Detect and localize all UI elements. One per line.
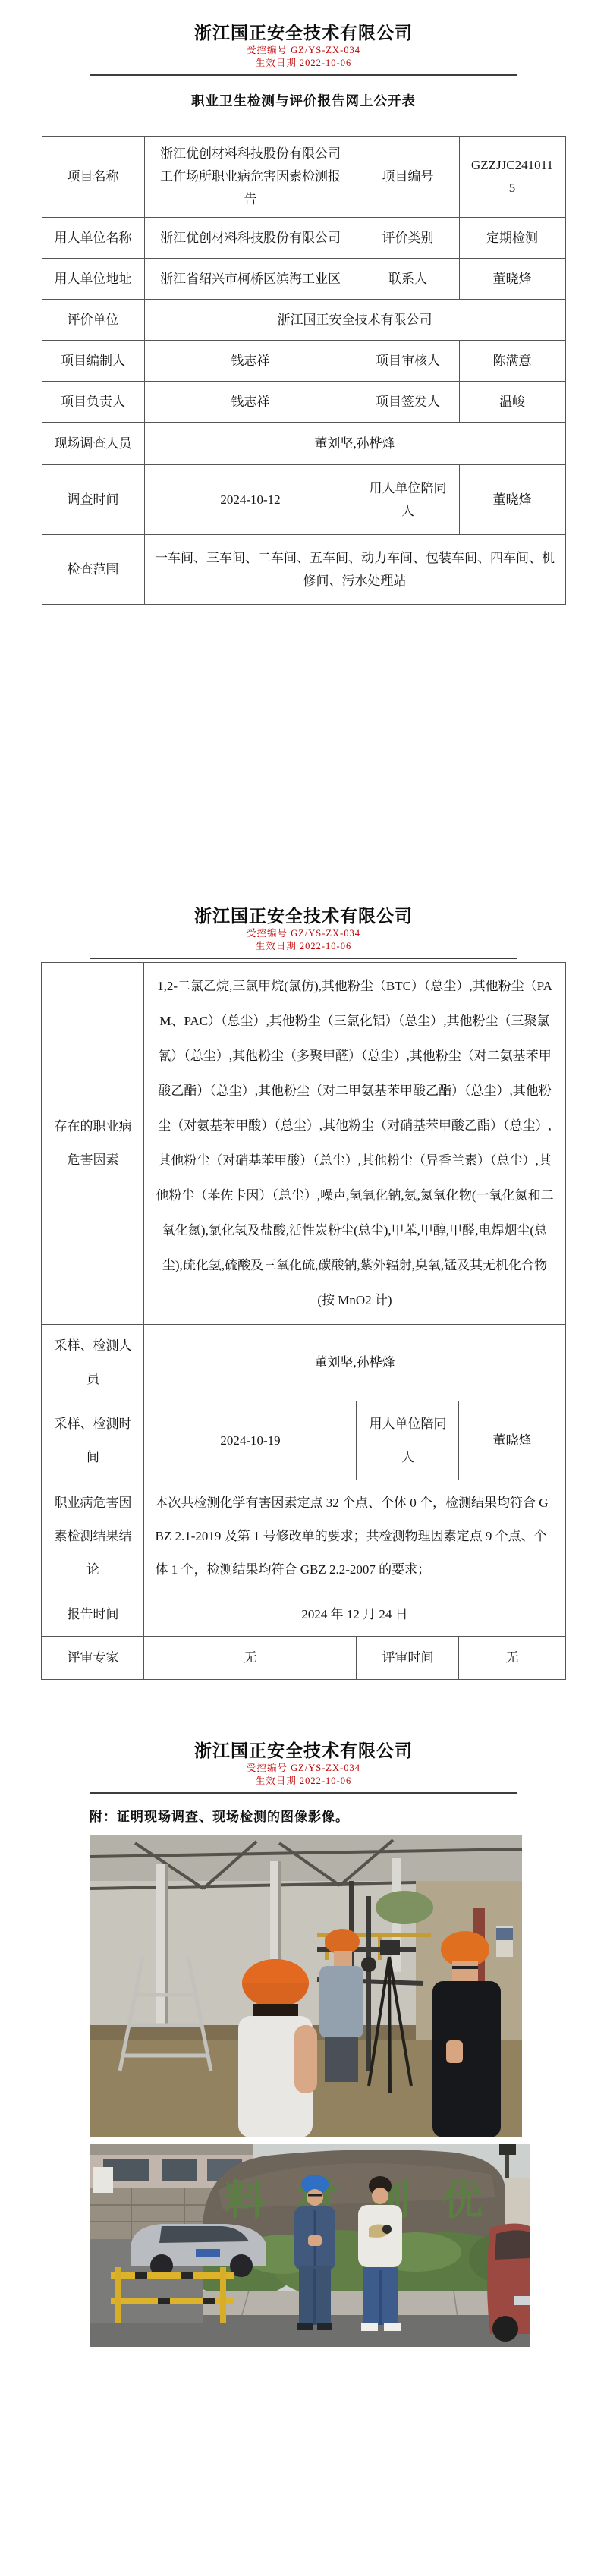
arm [294, 2025, 317, 2093]
sampling-date-label: 采样、检测时间 [42, 1401, 144, 1480]
effective-date-line: 生效日期 2022-10-06 [0, 940, 607, 953]
table-row: 存在的职业病危害因素 1,2-二氯乙烷,三氯甲烷(氯仿),其他粉尘（BTC）（总… [42, 963, 565, 1325]
compiler-value: 钱志祥 [144, 341, 357, 382]
site-survey-photo-entrance: 料 材 創 优 [90, 2144, 530, 2347]
project-name-value: 浙江优创材料科技股份有限公司工作场所职业病危害因素检测报告 [144, 137, 357, 218]
review-date-label: 评审时间 [357, 1637, 459, 1680]
table-row: 采样、检测人员 董刘坚,孙桦烽 [42, 1325, 565, 1401]
result-conclusion-value: 本次共检测化学有害因素定点 32 个点、个体 0 个，检测结果均符合 GBZ 2… [144, 1480, 565, 1593]
table-row: 评价单位 浙江国正安全技术有限公司 [42, 300, 565, 341]
table-row: 项目名称 浙江优创材料科技股份有限公司工作场所职业病危害因素检测报告 项目编号 … [42, 137, 565, 218]
detection-result-table: 存在的职业病危害因素 1,2-二氯乙烷,三氯甲烷(氯仿),其他粉尘（BTC）（总… [41, 962, 565, 1680]
hand [446, 2040, 463, 2063]
evaluator-org-value: 浙江国正安全技术有限公司 [144, 300, 565, 341]
sampling-date-value: 2024-10-19 [144, 1401, 357, 1480]
company-name: 浙江国正安全技术有限公司 [0, 904, 607, 927]
table-row: 现场调查人员 董刘坚,孙桦烽 [42, 423, 565, 465]
project-lead-value: 钱志祥 [144, 382, 357, 423]
stone-planter-base [193, 2291, 530, 2317]
survey-date-label: 调查时间 [42, 465, 144, 535]
compiler-label: 项目编制人 [42, 341, 144, 382]
employer-escort-label: 用人单位陪同人 [357, 1401, 459, 1480]
table-row: 项目负责人 钱志祥 项目签发人 温峻 [42, 382, 565, 423]
employer-address-label: 用人单位地址 [42, 259, 144, 300]
company-name: 浙江国正安全技术有限公司 [0, 1739, 607, 1762]
employer-name-value: 浙江优创材料科技股份有限公司 [144, 218, 357, 259]
header-divider [90, 74, 517, 76]
contact-value: 董晓烽 [459, 259, 565, 300]
site-surveyors-value: 董刘坚,孙桦烽 [144, 423, 565, 465]
table-row: 采样、检测时间 2024-10-19 用人单位陪同人 董晓烽 [42, 1401, 565, 1480]
project-code-value: GZZJJC2410115 [459, 137, 565, 218]
employer-escort-label: 用人单位陪同人 [357, 465, 459, 535]
hazard-factors-label: 存在的职业病危害因素 [42, 963, 144, 1325]
review-date-value: 无 [459, 1637, 565, 1680]
orange-helmet-icon [325, 1929, 360, 1955]
evaluator-org-label: 评价单位 [42, 300, 144, 341]
project-lead-label: 项目负责人 [42, 382, 144, 423]
sampling-staff-label: 采样、检测人员 [42, 1325, 144, 1401]
report-date-label: 报告时间 [42, 1593, 144, 1637]
employer-name-label: 用人单位名称 [42, 218, 144, 259]
control-number-line: 受控编号 GZ/YS-ZX-034 [0, 44, 607, 57]
effective-date-line: 生效日期 2022-10-06 [0, 1775, 607, 1788]
table-row: 评审专家 无 评审时间 无 [42, 1637, 565, 1680]
project-name-label: 项目名称 [42, 137, 144, 218]
wall-sign [505, 2178, 530, 2225]
review-expert-value: 无 [144, 1637, 357, 1680]
table-row: 报告时间 2024 年 12 月 24 日 [42, 1593, 565, 1637]
project-info-table: 项目名称 浙江优创材料科技股份有限公司工作场所职业病危害因素检测报告 项目编号 … [42, 136, 566, 605]
sampling-staff-value: 董刘坚,孙桦烽 [144, 1325, 565, 1401]
page-1: 浙江国正安全技术有限公司 受控编号 GZ/YS-ZX-034 生效日期 2022… [0, 21, 607, 605]
inspection-scope-label: 检查范围 [42, 535, 144, 605]
reviewer-label: 项目审核人 [357, 341, 459, 382]
report-date-value: 2024 年 12 月 24 日 [144, 1593, 565, 1637]
issuer-value: 温峻 [459, 382, 565, 423]
hazard-factors-value: 1,2-二氯乙烷,三氯甲烷(氯仿),其他粉尘（BTC）（总尘）,其他粉尘（PAM… [144, 963, 565, 1325]
project-code-label: 项目编号 [357, 137, 459, 218]
table-row: 检查范围 一车间、三车间、二车间、五车间、动力车间、包装车间、四车间、机修间、污… [42, 535, 565, 605]
worker-left [238, 1959, 317, 2137]
document-title: 职业卫生检测与评价报告网上公开表 [0, 91, 607, 110]
page-2: 浙江国正安全技术有限公司 受控编号 GZ/YS-ZX-034 生效日期 2022… [0, 904, 607, 1680]
employer-escort-value: 董晓烽 [459, 1401, 565, 1480]
effective-date-line: 生效日期 2022-10-06 [0, 57, 607, 70]
site-detection-photo-workshop [90, 1835, 522, 2137]
header-divider [90, 1792, 517, 1794]
evaluation-type-value: 定期检测 [459, 218, 565, 259]
result-conclusion-label: 职业病危害因素检测结果结论 [42, 1480, 144, 1593]
contact-label: 联系人 [357, 259, 459, 300]
clasped-hands [308, 2235, 322, 2246]
site-surveyors-label: 现场调查人员 [42, 423, 144, 465]
page-3: 浙江国正安全技术有限公司 受控编号 GZ/YS-ZX-034 生效日期 2022… [0, 1739, 607, 2347]
survey-date-value: 2024-10-12 [144, 465, 357, 535]
table-row: 职业病危害因素检测结果结论 本次共检测化学有害因素定点 32 个点、个体 0 个… [42, 1480, 565, 1593]
control-number-line: 受控编号 GZ/YS-ZX-034 [0, 1762, 607, 1775]
red-car [487, 2223, 530, 2342]
company-name: 浙江国正安全技术有限公司 [0, 21, 607, 44]
employer-escort-value: 董晓烽 [459, 465, 565, 535]
license-plate [514, 2296, 530, 2305]
table-row: 用人单位名称 浙江优创材料科技股份有限公司 评价类别 定期检测 [42, 218, 565, 259]
header-divider [90, 958, 517, 959]
reviewer-value: 陈满意 [459, 341, 565, 382]
evaluation-type-label: 评价类别 [357, 218, 459, 259]
issuer-label: 项目签发人 [357, 382, 459, 423]
table-row: 调查时间 2024-10-12 用人单位陪同人 董晓烽 [42, 465, 565, 535]
control-number-line: 受控编号 GZ/YS-ZX-034 [0, 927, 607, 940]
table-row: 用人单位地址 浙江省绍兴市柯桥区滨海工业区 联系人 董晓烽 [42, 259, 565, 300]
attachment-note: 附：证明现场调查、现场检测的图像影像。 [90, 1806, 607, 1825]
review-expert-label: 评审专家 [42, 1637, 144, 1680]
employer-address-value: 浙江省绍兴市柯桥区滨海工业区 [144, 259, 357, 300]
license-plate [196, 2249, 220, 2257]
foliage-through-opening [376, 1891, 433, 1924]
valve [361, 1957, 376, 1972]
table-row: 项目编制人 钱志祥 项目审核人 陈满意 [42, 341, 565, 382]
inspection-scope-value: 一车间、三车间、二车间、五车间、动力车间、包装车间、四车间、机修间、污水处理站 [144, 535, 565, 605]
